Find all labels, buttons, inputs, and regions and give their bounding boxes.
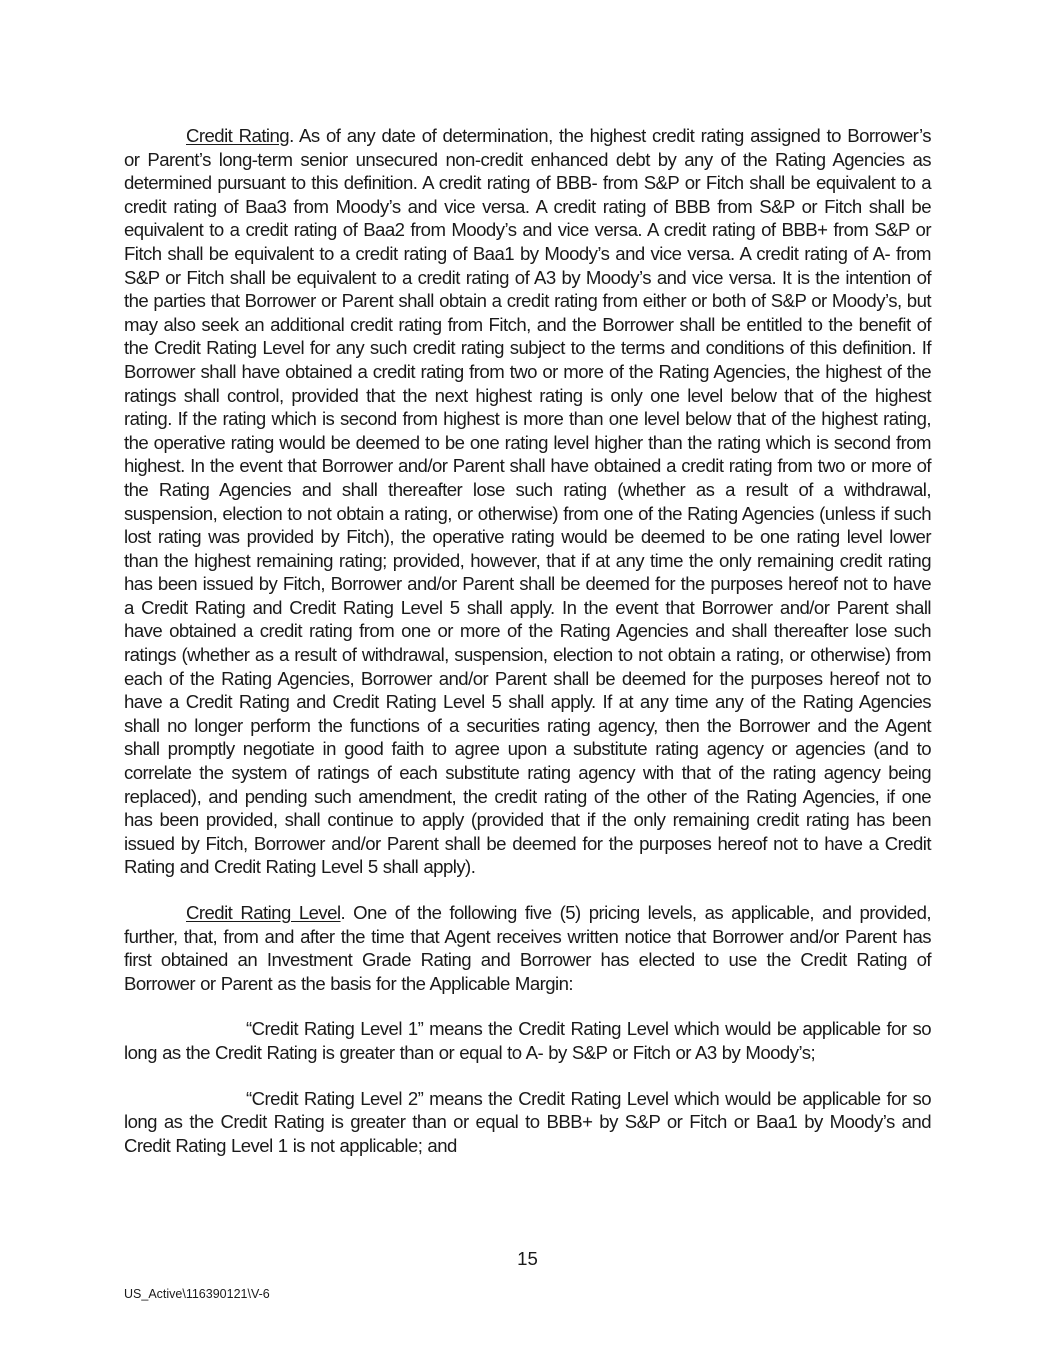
definition-credit-rating: Credit Rating. As of any date of determi…: [124, 124, 931, 879]
page-number: 15: [0, 1248, 1055, 1270]
defined-term-credit-rating: Credit Rating: [186, 125, 289, 146]
definition-credit-rating-level: Credit Rating Level. One of the followin…: [124, 901, 931, 995]
paragraph-spacer: [124, 995, 931, 1017]
credit-rating-level-1: “Credit Rating Level 1” means the Credit…: [124, 1017, 931, 1064]
paragraph-spacer: [124, 1065, 931, 1087]
document-page: Credit Rating. As of any date of determi…: [124, 124, 931, 1157]
definition-body-credit-rating: . As of any date of determination, the h…: [124, 125, 931, 877]
paragraph-spacer: [124, 879, 931, 901]
defined-term-credit-rating-level: Credit Rating Level: [186, 902, 341, 923]
credit-rating-level-2: “Credit Rating Level 2” means the Credit…: [124, 1087, 931, 1158]
document-id-footer: US_Active\116390121\V-6: [124, 1287, 270, 1301]
